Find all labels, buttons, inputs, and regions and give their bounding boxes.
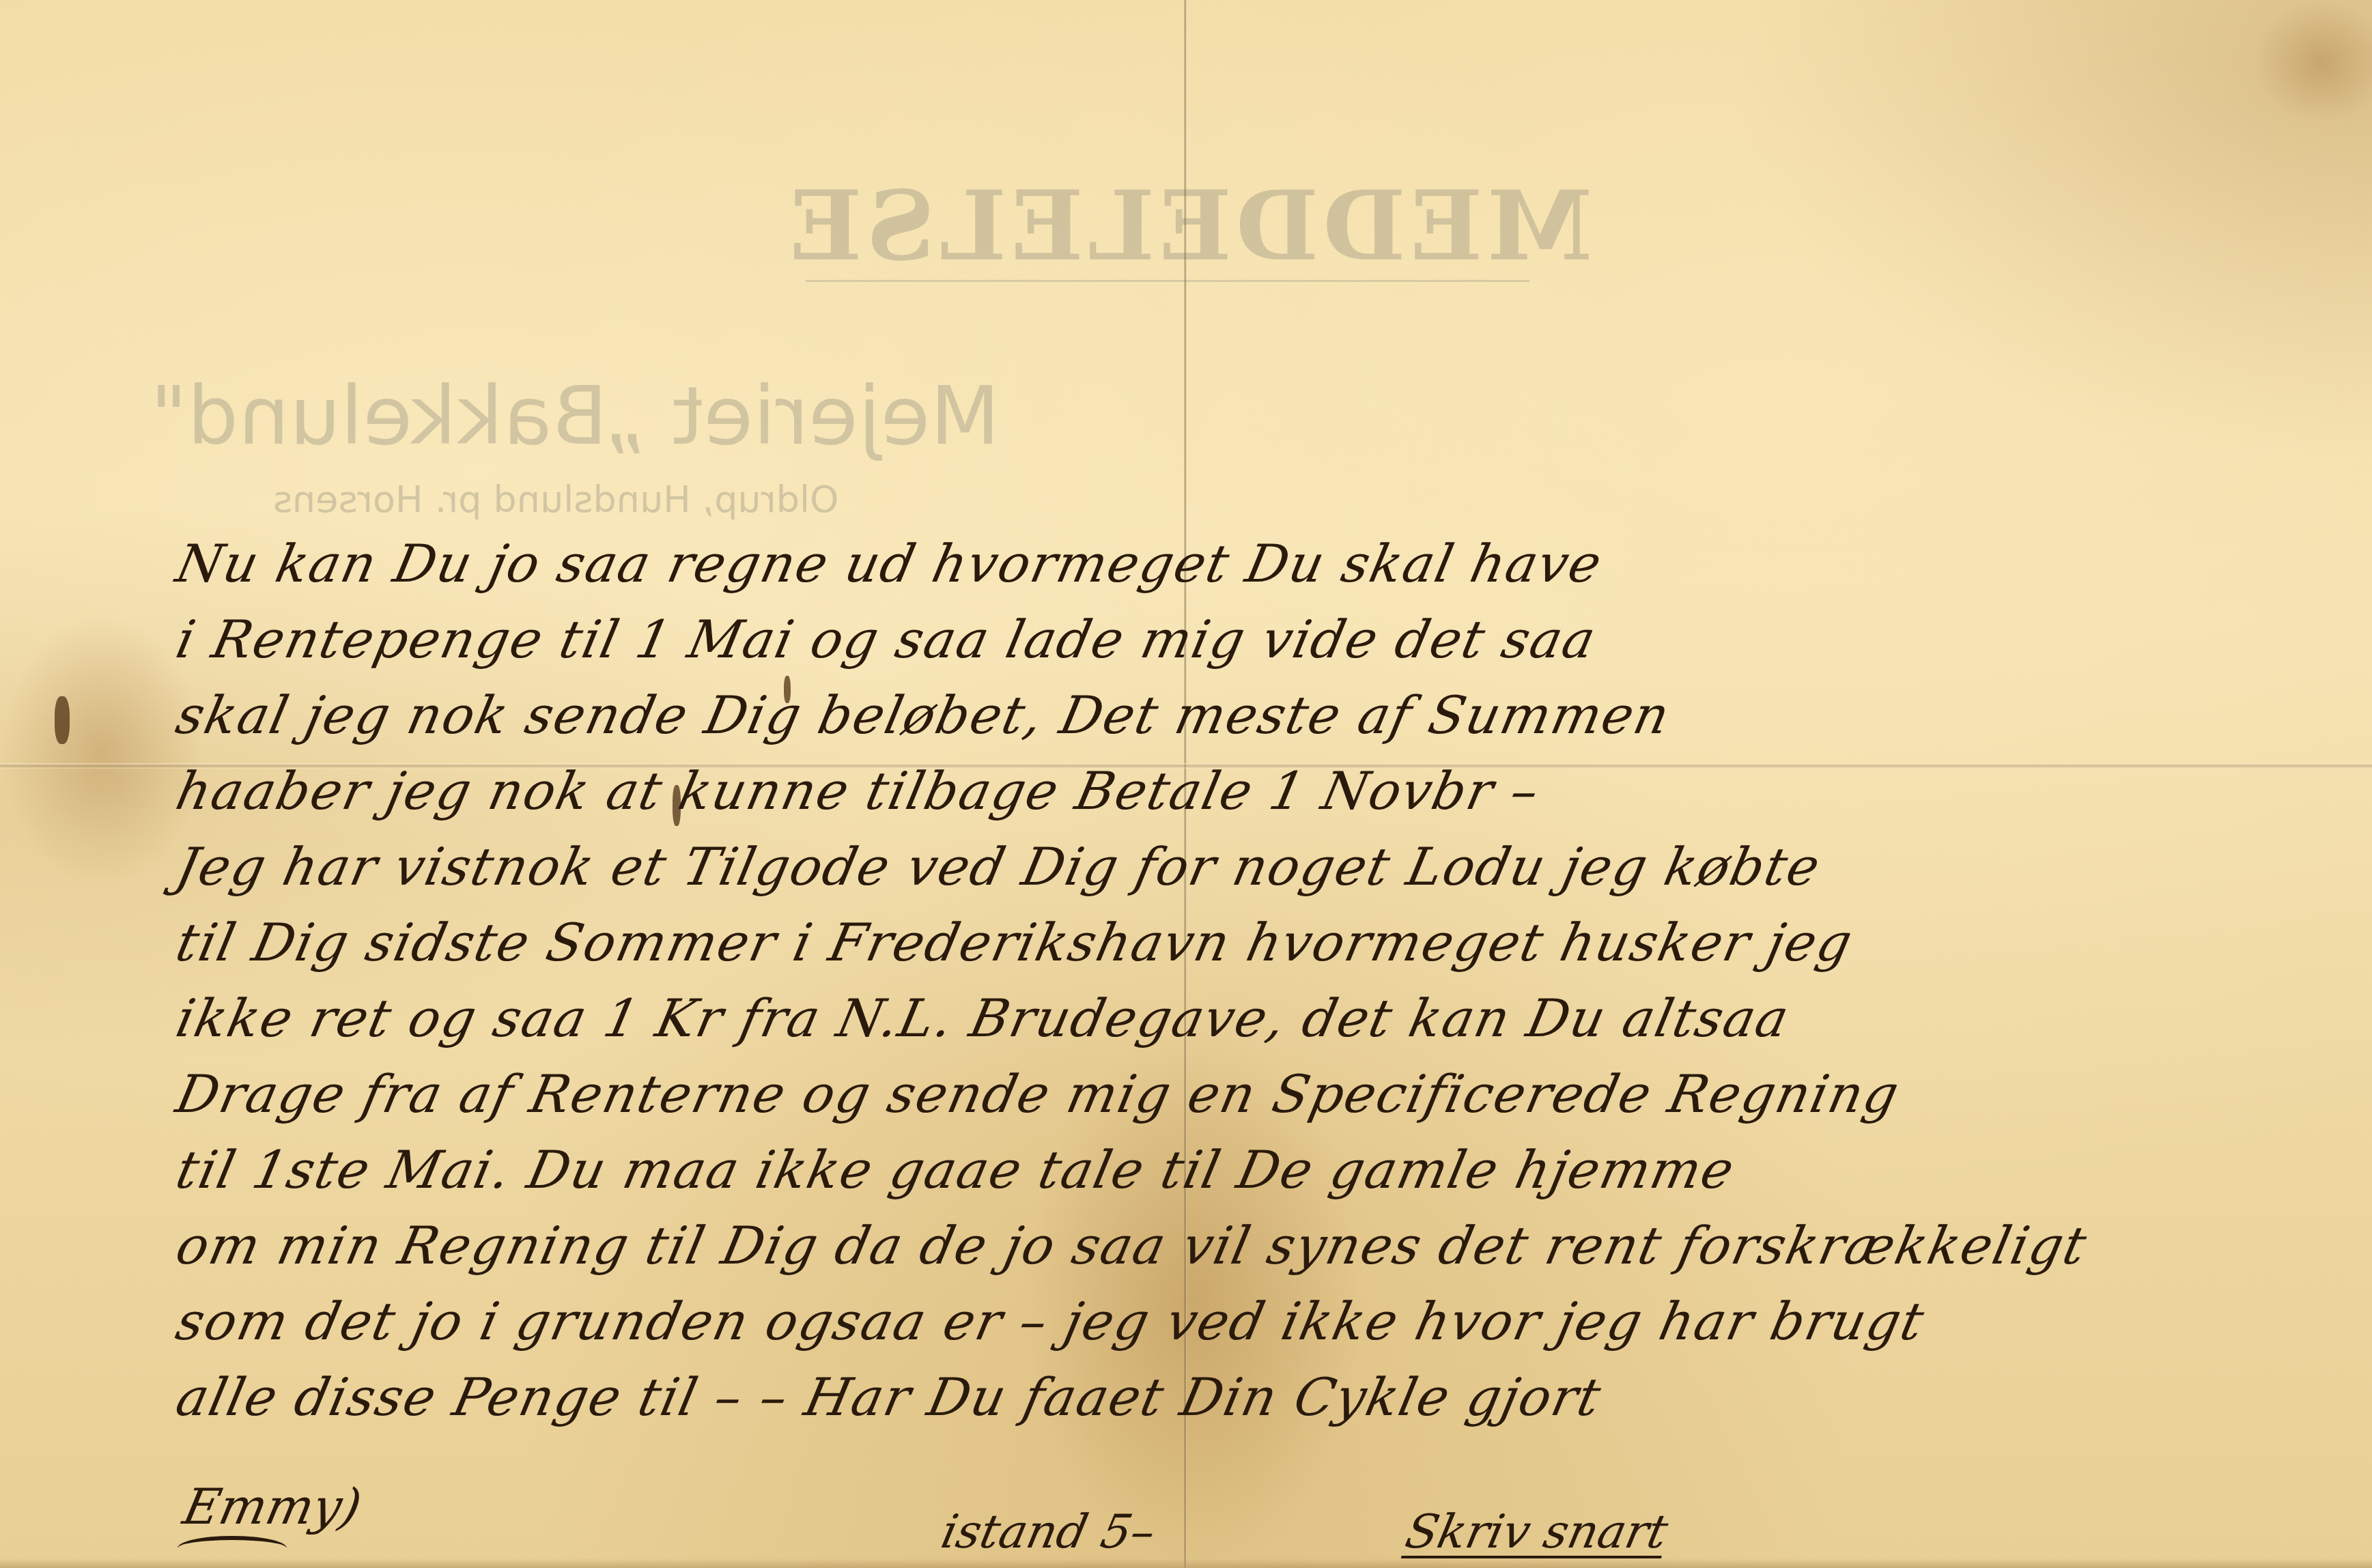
letter-line: haaber jeg nok at kunne tilbage Betale 1… xyxy=(169,753,2371,829)
letter-line: som det jo i grunden ogsaa er – jeg ved … xyxy=(169,1283,2371,1359)
signature: Emmy) xyxy=(178,1478,367,1535)
letter-line: alle disse Penge til – – Har Du faaet Di… xyxy=(169,1359,2371,1435)
stain-top-right xyxy=(2253,0,2372,123)
ink-blot xyxy=(55,696,70,744)
letter-line: Jeg har vistnok et Tilgode ved Dig for n… xyxy=(169,829,2371,904)
letter-line: skal jeg nok sende Dig beløbet, Det mest… xyxy=(169,677,2371,753)
letterhead-title: MEDDELELSE xyxy=(785,171,1593,283)
letter-line: Nu kan Du jo saa regne ud hvormeget Du s… xyxy=(169,526,2371,601)
footer-note-istand: istand 5– xyxy=(937,1505,1161,1559)
letterhead-company: Mejeriet „Bakkelund" xyxy=(150,369,1000,463)
letter-line: ikke ret og saa 1 Kr fra N.L. Brudegave,… xyxy=(169,980,2371,1056)
signature-flourish xyxy=(178,1536,287,1560)
letter-sheet: MEDDELELSE Mejeriet „Bakkelund" Oldrup, … xyxy=(0,0,2372,1568)
letter-line: til 1ste Mai. Du maa ikke gaae tale til … xyxy=(169,1132,2371,1208)
paper-bottom-edge xyxy=(0,1558,2372,1568)
letter-line: Drage fra af Renterne og sende mig en Sp… xyxy=(169,1056,2371,1132)
letter-line: til Dig sidste Sommer i Frederikshavn hv… xyxy=(169,904,2371,980)
letterhead-rule xyxy=(806,280,1529,282)
letter-body: Nu kan Du jo saa regne ud hvormeget Du s… xyxy=(178,526,2362,1435)
letter-line: om min Regning til Dig da de jo saa vil … xyxy=(169,1208,2371,1283)
footer-note-skriv-snart: Skriv snart xyxy=(1401,1505,1673,1559)
letter-line: i Rentepenge til 1 Mai og saa lade mig v… xyxy=(169,601,2371,677)
letterhead-address: Oldrup, Hundslund pr. Horsens xyxy=(273,478,839,521)
